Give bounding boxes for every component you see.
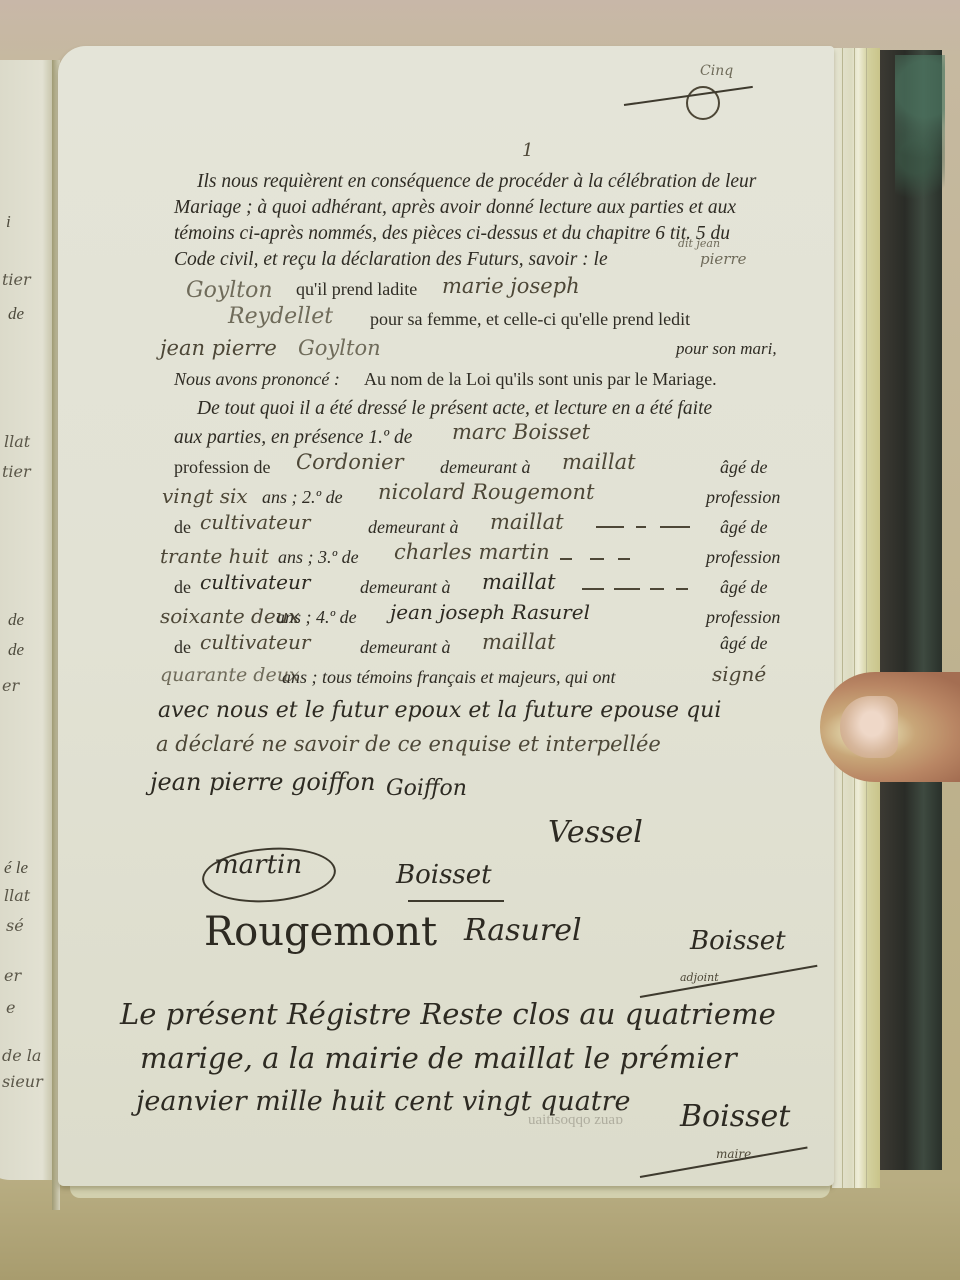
printed-line: pour sa femme, et celle-ci qu'elle prend… (370, 310, 690, 328)
filler-dash (582, 588, 604, 590)
bleed-through-text: uaitisoqqo zuaɒ (528, 1112, 623, 1129)
signature-boisset: Boisset (396, 862, 492, 888)
printed-line: Nous avons prononcé : (174, 370, 340, 388)
hw-bride-first: marie joseph (442, 276, 580, 297)
signature-groom: jean pierre goiffon (150, 770, 375, 794)
filler-dash (590, 558, 604, 560)
left-fragment: e (6, 998, 15, 1017)
printed-line: de (174, 578, 191, 596)
adjoint-label: adjoint (680, 972, 719, 983)
hw-witness3-profession: cultivateur (200, 572, 310, 592)
cover-patina (895, 55, 945, 225)
printed-line: âgé de (720, 458, 767, 476)
printed-line: profession (706, 548, 780, 566)
left-fragment: sieur (2, 1072, 43, 1091)
hw-witness1-profession: Cordonier (296, 452, 404, 473)
left-fragment: sé (6, 916, 24, 935)
signature-rasurel: Rasurel (464, 916, 582, 946)
filler-dash (676, 588, 688, 590)
hw-ledit-groom-last: Goylton (298, 338, 381, 359)
hw-witness4-name: jean joseph Rasurel (390, 602, 590, 622)
left-fragment: tier (2, 462, 31, 481)
page-bottom-edge (70, 1186, 830, 1198)
signature-martin: martin (214, 852, 302, 878)
printed-line: profession (706, 488, 780, 506)
hw-witness2-name: nicolard Rougemont (378, 482, 594, 503)
printed-line: demeurant à (368, 518, 458, 536)
hw-signe: signé (712, 664, 766, 684)
signature-vessel: Vessel (548, 818, 643, 848)
thumbnail (840, 696, 898, 758)
printed-line: qu'il prend ladite (296, 280, 417, 298)
printed-line: âgé de (720, 578, 767, 596)
filler-dash (560, 558, 572, 560)
mayor-signature: Boisset (680, 1102, 790, 1132)
hw-groom-first: pierre (700, 252, 747, 267)
printed-line: Code civil, et reçu la déclaration des F… (174, 250, 608, 270)
page-annotation: Cinq (700, 64, 733, 78)
printed-line: ans ; 4.º de (276, 608, 357, 626)
hw-witness4-profession: cultivateur (200, 632, 310, 652)
left-fragment: é le (4, 858, 28, 878)
printed-line: âgé de (720, 518, 767, 536)
left-fragment: de (8, 640, 24, 660)
printed-line: âgé de (720, 634, 767, 652)
hw-ledit-groom: jean pierre (160, 338, 277, 359)
hw-witness4-age: quarante deux (160, 666, 300, 685)
hw-witness2-profession: cultivateur (200, 512, 310, 532)
hw-witness1-name: marc Boisset (452, 422, 590, 443)
printed-line: profession de (174, 458, 270, 476)
filler-dash (650, 588, 664, 590)
signature-boisset-adjoint: Boisset (690, 928, 786, 954)
closure-line-3: jeanvier mille huit cent vingt quatre (136, 1088, 631, 1115)
closure-line-2: marige, a la mairie de maillat le prémie… (140, 1044, 737, 1073)
filler-dash (636, 526, 646, 528)
left-fragment: er (4, 966, 21, 985)
printed-line: de (174, 638, 191, 656)
left-fragment: er (2, 676, 19, 695)
hw-bride-last: Reydellet (228, 306, 333, 328)
printed-line: ans ; tous témoins français et majeurs, … (282, 668, 616, 686)
hw-witness1-age: vingt six (162, 486, 248, 506)
printed-line: ans ; 2.º de (262, 488, 343, 506)
filler-dash (618, 558, 630, 560)
hw-dit-jean: dit jean (678, 238, 720, 249)
hw-witness3-name: charles martin (394, 542, 550, 563)
printed-line: de (174, 518, 191, 536)
printed-line: pour son mari, (676, 340, 777, 357)
printed-line: Au nom de la Loi qu'ils sont unis par le… (364, 370, 717, 388)
closure-line-1: Le présent Régistre Reste clos au quatri… (120, 1000, 776, 1029)
hw-witness1-residence: maillat (562, 452, 636, 473)
printed-line: Mariage ; à quoi adhérant, après avoir d… (174, 198, 736, 218)
page-stack-edge (832, 48, 880, 1188)
printed-line: De tout quoi il a été dressé le présent … (197, 399, 712, 419)
signature-underline (408, 900, 504, 902)
printed-line: demeurant à (440, 458, 530, 476)
hw-witness3-residence: maillat (482, 572, 556, 593)
folio-marker: 1 (522, 142, 533, 160)
filler-dash (614, 588, 640, 590)
left-fragment: llat (4, 886, 30, 905)
hw-witness2-residence: maillat (490, 512, 564, 533)
hw-witness4-residence: maillat (482, 632, 556, 653)
left-fragment: de la (2, 1046, 41, 1065)
printed-line: demeurant à (360, 638, 450, 656)
printed-line: Ils nous requièrent en conséquence de pr… (197, 172, 756, 192)
left-fragment: tier (2, 270, 31, 289)
left-fragment: llat (4, 432, 30, 451)
signature-groom-2: Goiffon (386, 778, 467, 800)
left-fragment: de (8, 610, 24, 630)
printed-line: aux parties, en présence 1.º de (174, 428, 412, 448)
filler-dash (660, 526, 690, 528)
printed-line: ans ; 3.º de (278, 548, 359, 566)
hw-groom-last: Goylton (186, 280, 273, 302)
signature-rougemont: Rougemont (204, 912, 437, 952)
printed-line: profession (706, 608, 780, 626)
left-fragment: i (6, 212, 11, 232)
filler-dash (596, 526, 624, 528)
hw-closing-line1: avec nous et le futur epoux et la future… (158, 700, 721, 722)
left-fragment: de (8, 304, 24, 324)
hw-closing-line2: a déclaré ne savoir de ce enquise et int… (156, 734, 661, 755)
hw-witness2-age: trante huit (160, 546, 269, 566)
printed-line: témoins ci-après nommés, des pièces ci-d… (174, 224, 730, 244)
printed-line: demeurant à (360, 578, 450, 596)
